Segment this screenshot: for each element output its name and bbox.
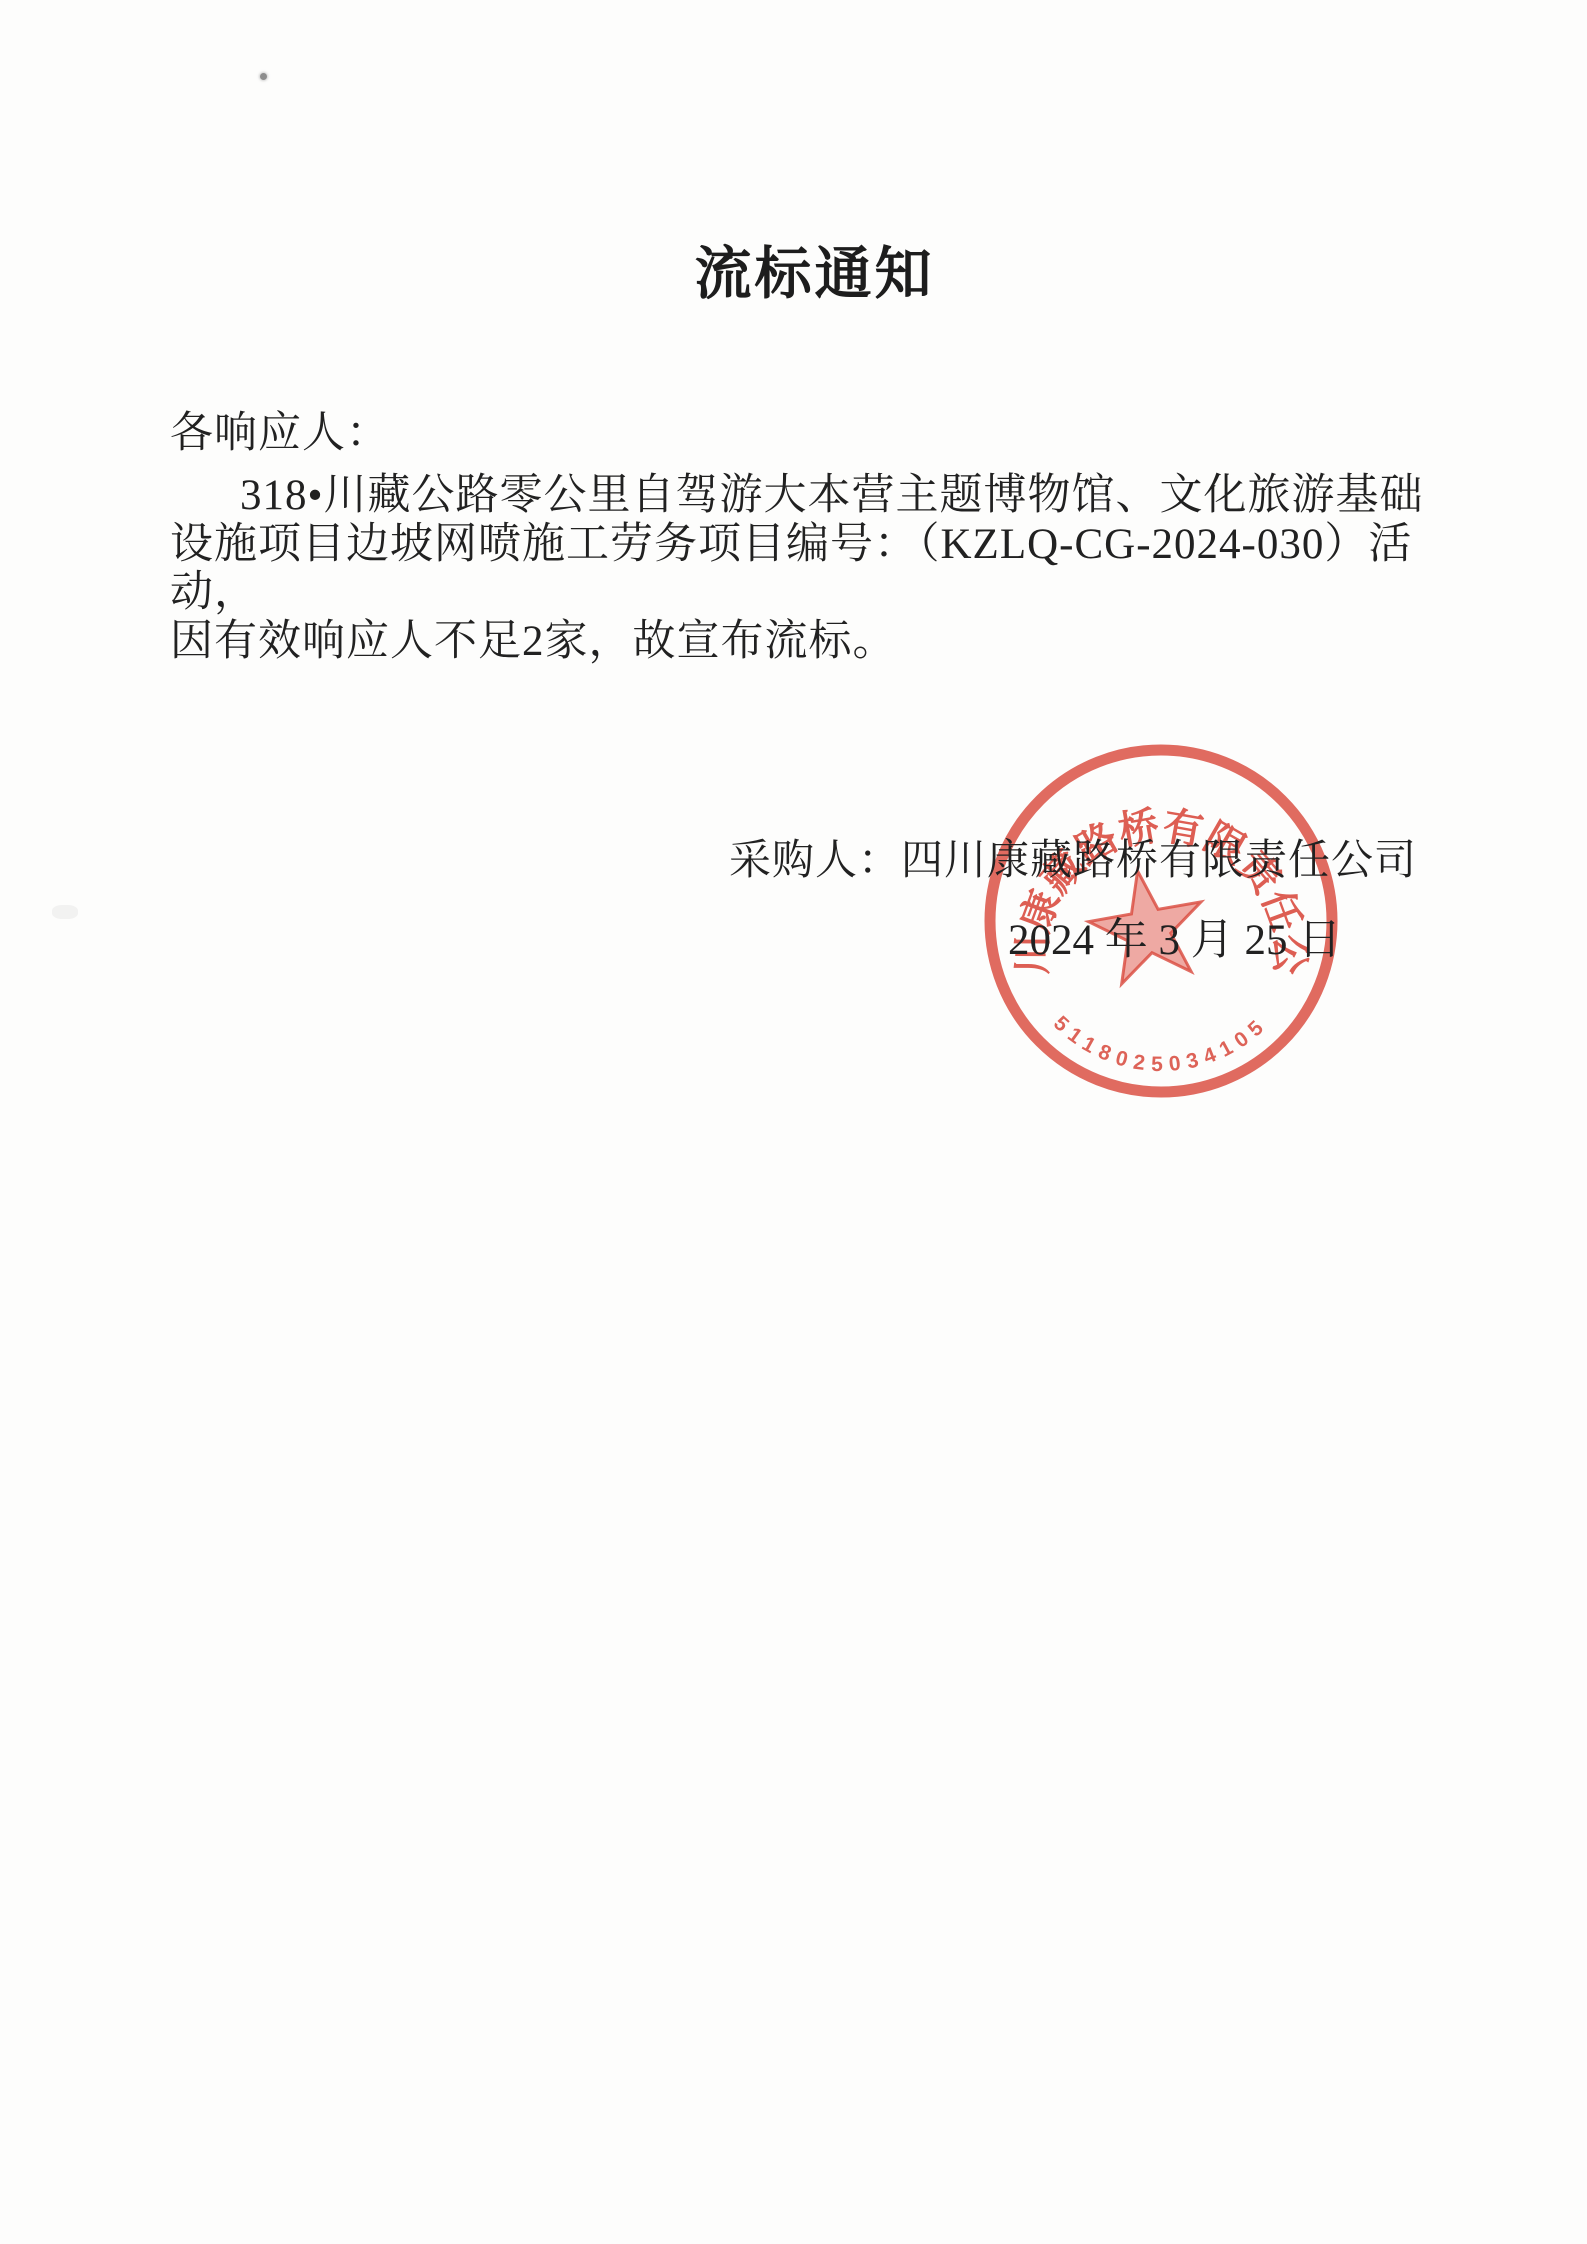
date-line: 2024 年 3 月 25 日 xyxy=(1008,916,1341,966)
document-title: 流标通知 xyxy=(0,228,1587,310)
body-line-3: 因有效响应人不足2家，故宣布流标。 xyxy=(170,618,1460,667)
salutation-line: 各响应人： xyxy=(170,410,390,458)
seal-number-arc: 5118025034105 xyxy=(1049,1012,1273,1076)
body-line-2: 设施项目边坡网喷施工劳务项目编号：（KZLQ-CG-2024-030）活动， xyxy=(170,521,1460,618)
scan-speck xyxy=(260,73,267,80)
scan-smudge xyxy=(52,905,78,919)
purchaser-line: 采购人：四川康藏路桥有限责任公司 xyxy=(729,836,1417,886)
body-line-1: 318•川藏公路零公里自驾游大本营主题博物馆、文化旅游基础 xyxy=(170,472,1460,521)
body-paragraph: 318•川藏公路零公里自驾游大本营主题博物馆、文化旅游基础 设施项目边坡网喷施工… xyxy=(170,472,1460,666)
document-page: 流标通知 各响应人： 318•川藏公路零公里自驾游大本营主题博物馆、文化旅游基础… xyxy=(0,0,1587,2244)
seal-number-text: 5118025034105 xyxy=(1049,1012,1273,1076)
